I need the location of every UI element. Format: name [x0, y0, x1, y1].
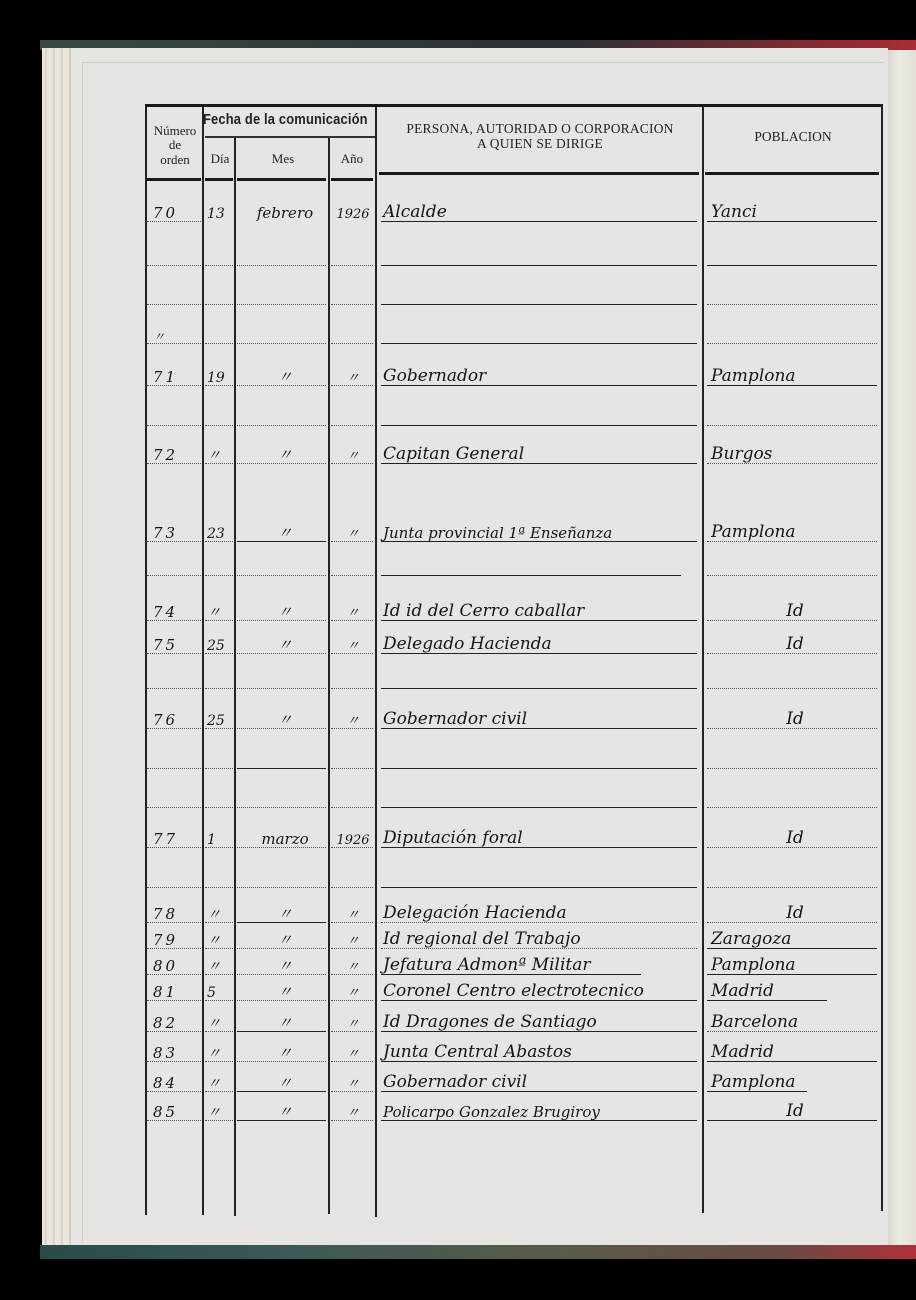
header-persona-line1: PERSONA, AUTORIDAD O CORPORACION	[377, 122, 703, 137]
cell-ano: 〃	[331, 607, 375, 620]
cell-ano: 〃	[331, 909, 375, 922]
header-bottom-rule	[205, 178, 233, 181]
table-top-rule	[145, 104, 883, 107]
blank-ruled-line	[145, 246, 885, 266]
continuation-mark: 〃	[153, 331, 201, 343]
cell-dia: 〃	[207, 960, 235, 974]
header-mes: Mes	[237, 152, 329, 166]
cell-poblacion: Zaragoza	[711, 931, 879, 948]
cell-mes: 〃	[241, 985, 329, 1000]
cell-ano: 〃	[331, 961, 375, 974]
cell-persona: Alcalde	[383, 204, 701, 221]
header-persona-line2: A QUIEN SE DIRIGE	[377, 137, 703, 152]
cell-ano: 〃	[331, 987, 375, 1000]
table-row: 72 〃 〃 〃 Capitan General Burgos	[145, 444, 885, 464]
cell-numero: 85	[153, 1105, 201, 1120]
cell-ano: 1926	[331, 208, 375, 221]
cell-mes: 〃	[241, 907, 329, 922]
header-fecha: Fecha de la comunicación	[203, 112, 351, 129]
table-row: 80 〃 〃 〃 Jefatura Admonª Militar Pamplon…	[145, 955, 885, 975]
header-bottom-rule	[331, 178, 373, 181]
cell-numero: 72	[153, 448, 201, 463]
header-ano: Año	[329, 152, 375, 166]
cell-ano: 〃	[331, 528, 375, 541]
cell-poblacion: Id	[711, 603, 879, 620]
facing-page-edge	[888, 50, 916, 1245]
table-row: 82 〃 〃 〃 Id Dragones de Santiago Barcelo…	[145, 1012, 885, 1032]
cell-numero: 71	[153, 370, 201, 385]
cell-poblacion: Madrid	[711, 1044, 879, 1061]
table-row: 85 〃 〃 〃 Policarpo Gonzalez Brugiroy Id	[145, 1101, 885, 1121]
cell-persona: Gobernador	[383, 368, 701, 385]
header-poblacion: POBLACION	[705, 130, 881, 145]
cell-ano: 〃	[331, 1018, 375, 1031]
cell-mes: 〃	[241, 933, 329, 948]
cell-mes: febrero	[241, 206, 329, 221]
blank-ruled-line	[145, 556, 885, 576]
cell-poblacion: Burgos	[711, 446, 879, 463]
cell-dia: 〃	[207, 934, 235, 948]
cell-poblacion: Id	[711, 1103, 879, 1120]
cell-ano: 〃	[331, 372, 375, 385]
page-stack-edges	[42, 48, 72, 1248]
cell-persona: Junta Central Abastos	[383, 1044, 701, 1061]
cell-dia: 13	[207, 207, 235, 221]
cell-numero: 81	[153, 985, 201, 1000]
cell-persona: Gobernador civil	[383, 1074, 701, 1091]
blank-ruled-line	[145, 788, 885, 808]
header-fecha-rule	[205, 136, 375, 138]
cell-mes: 〃	[241, 959, 329, 974]
register-table: Número de orden Fecha de la comunicación…	[145, 104, 885, 1216]
cell-dia: 23	[207, 527, 235, 541]
header-dia: Día	[205, 152, 235, 166]
cell-poblacion: Id	[711, 905, 879, 922]
cell-persona: Id regional del Trabajo	[383, 931, 701, 948]
cell-numero: 82	[153, 1016, 201, 1031]
cell-dia: 〃	[207, 606, 235, 620]
cell-ano: 〃	[331, 1107, 375, 1120]
cell-poblacion: Id	[711, 830, 879, 847]
header-bottom-rule	[237, 178, 326, 181]
cell-persona: Policarpo Gonzalez Brugiroy	[383, 1105, 701, 1120]
cell-ano: 1926	[331, 834, 375, 847]
cell-persona: Id id del Cerro caballar	[383, 603, 701, 620]
cell-persona: Jefatura Admonª Militar	[383, 957, 701, 974]
cell-mes: 〃	[241, 713, 329, 728]
cell-numero: 84	[153, 1076, 201, 1091]
cell-persona: Gobernador civil	[383, 711, 701, 728]
cell-mes: 〃	[241, 1076, 329, 1091]
cell-poblacion: Pamplona	[711, 524, 879, 541]
cell-poblacion: Pamplona	[711, 957, 879, 974]
cell-numero: 83	[153, 1046, 201, 1061]
cell-mes: 〃	[241, 605, 329, 620]
cell-mes: 〃	[241, 1105, 329, 1120]
cell-poblacion: Id	[711, 636, 879, 653]
cell-persona: Delegación Hacienda	[383, 905, 701, 922]
cell-dia: 1	[207, 833, 235, 847]
cell-persona: Junta provincial 1ª Enseñanza	[383, 526, 701, 541]
cell-poblacion: Pamplona	[711, 1074, 879, 1091]
cell-numero: 79	[153, 933, 201, 948]
cell-poblacion: Yanci	[711, 204, 879, 221]
cell-ano: 〃	[331, 450, 375, 463]
cell-numero: 74	[153, 605, 201, 620]
cell-persona: Capitan General	[383, 446, 701, 463]
cell-persona: Id Dragones de Santiago	[383, 1014, 701, 1031]
cell-ano: 〃	[331, 1078, 375, 1091]
header-bottom-rule	[705, 172, 879, 175]
cell-dia: 〃	[207, 1017, 235, 1031]
blank-ruled-line	[145, 868, 885, 888]
cell-ano: 〃	[331, 935, 375, 948]
continuation-row: 〃	[145, 324, 885, 344]
table-row: 81 5 〃 〃 Coronel Centro electrotecnico M…	[145, 981, 885, 1001]
cell-poblacion: Madrid	[711, 983, 879, 1000]
blank-ruled-line	[145, 749, 885, 769]
cell-dia: 〃	[207, 449, 235, 463]
cell-dia: 25	[207, 639, 235, 653]
cell-poblacion: Id	[711, 711, 879, 728]
table-row: 70 13 febrero 1926 Alcalde Yanci	[145, 202, 885, 222]
cell-ano: 〃	[331, 640, 375, 653]
cell-dia: 25	[207, 714, 235, 728]
table-row: 74 〃 〃 〃 Id id del Cerro caballar Id	[145, 601, 885, 621]
cell-mes: marzo	[241, 832, 329, 847]
cell-mes: 〃	[241, 370, 329, 385]
cell-poblacion: Pamplona	[711, 368, 879, 385]
header-numero-line3: orden	[147, 153, 203, 167]
cell-numero: 77	[153, 832, 201, 847]
cell-dia: 〃	[207, 1106, 235, 1120]
table-row: 73 23 〃 〃 Junta provincial 1ª Enseñanza …	[145, 522, 885, 542]
cell-dia: 5	[207, 986, 235, 1000]
cell-numero: 73	[153, 526, 201, 541]
cell-mes: 〃	[241, 448, 329, 463]
cell-mes: 〃	[241, 1046, 329, 1061]
cell-mes: 〃	[241, 638, 329, 653]
header-bottom-rule	[379, 172, 699, 175]
cell-poblacion: Barcelona	[711, 1014, 879, 1031]
blank-ruled-line	[145, 406, 885, 426]
cell-dia: 〃	[207, 1047, 235, 1061]
cell-dia: 19	[207, 371, 235, 385]
cell-numero: 76	[153, 713, 201, 728]
cell-ano: 〃	[331, 1048, 375, 1061]
blank-ruled-line	[145, 669, 885, 689]
cell-persona: Coronel Centro electrotecnico	[383, 983, 701, 1000]
cell-mes: 〃	[241, 1016, 329, 1031]
cell-numero: 75	[153, 638, 201, 653]
table-row: 75 25 〃 〃 Delegado Hacienda Id	[145, 634, 885, 654]
header-bottom-rule	[147, 178, 201, 181]
blank-ruled-line	[145, 285, 885, 305]
table-row: 84 〃 〃 〃 Gobernador civil Pamplona	[145, 1072, 885, 1092]
cell-dia: 〃	[207, 908, 235, 922]
cell-ano: 〃	[331, 715, 375, 728]
cell-numero: 78	[153, 907, 201, 922]
table-row: 79 〃 〃 〃 Id regional del Trabajo Zaragoz…	[145, 929, 885, 949]
book-cover-bottom-edge	[40, 1245, 916, 1259]
table-row: 78 〃 〃 〃 Delegación Hacienda Id	[145, 903, 885, 923]
cell-numero: 80	[153, 959, 201, 974]
header-numero-line1: Número	[147, 124, 203, 138]
header-numero: Número de orden	[147, 124, 203, 167]
table-row: 71 19 〃 〃 Gobernador Pamplona	[145, 366, 885, 386]
cell-persona: Diputación foral	[383, 830, 701, 847]
table-row: 77 1 marzo 1926 Diputación foral Id	[145, 828, 885, 848]
cell-dia: 〃	[207, 1077, 235, 1091]
cell-mes: 〃	[241, 526, 329, 541]
table-row: 83 〃 〃 〃 Junta Central Abastos Madrid	[145, 1042, 885, 1062]
table-row: 76 25 〃 〃 Gobernador civil Id	[145, 709, 885, 729]
header-numero-line2: de	[147, 138, 203, 152]
header-persona: PERSONA, AUTORIDAD O CORPORACION A QUIEN…	[377, 122, 703, 152]
cell-persona: Delegado Hacienda	[383, 636, 701, 653]
cell-numero: 70	[153, 206, 201, 221]
